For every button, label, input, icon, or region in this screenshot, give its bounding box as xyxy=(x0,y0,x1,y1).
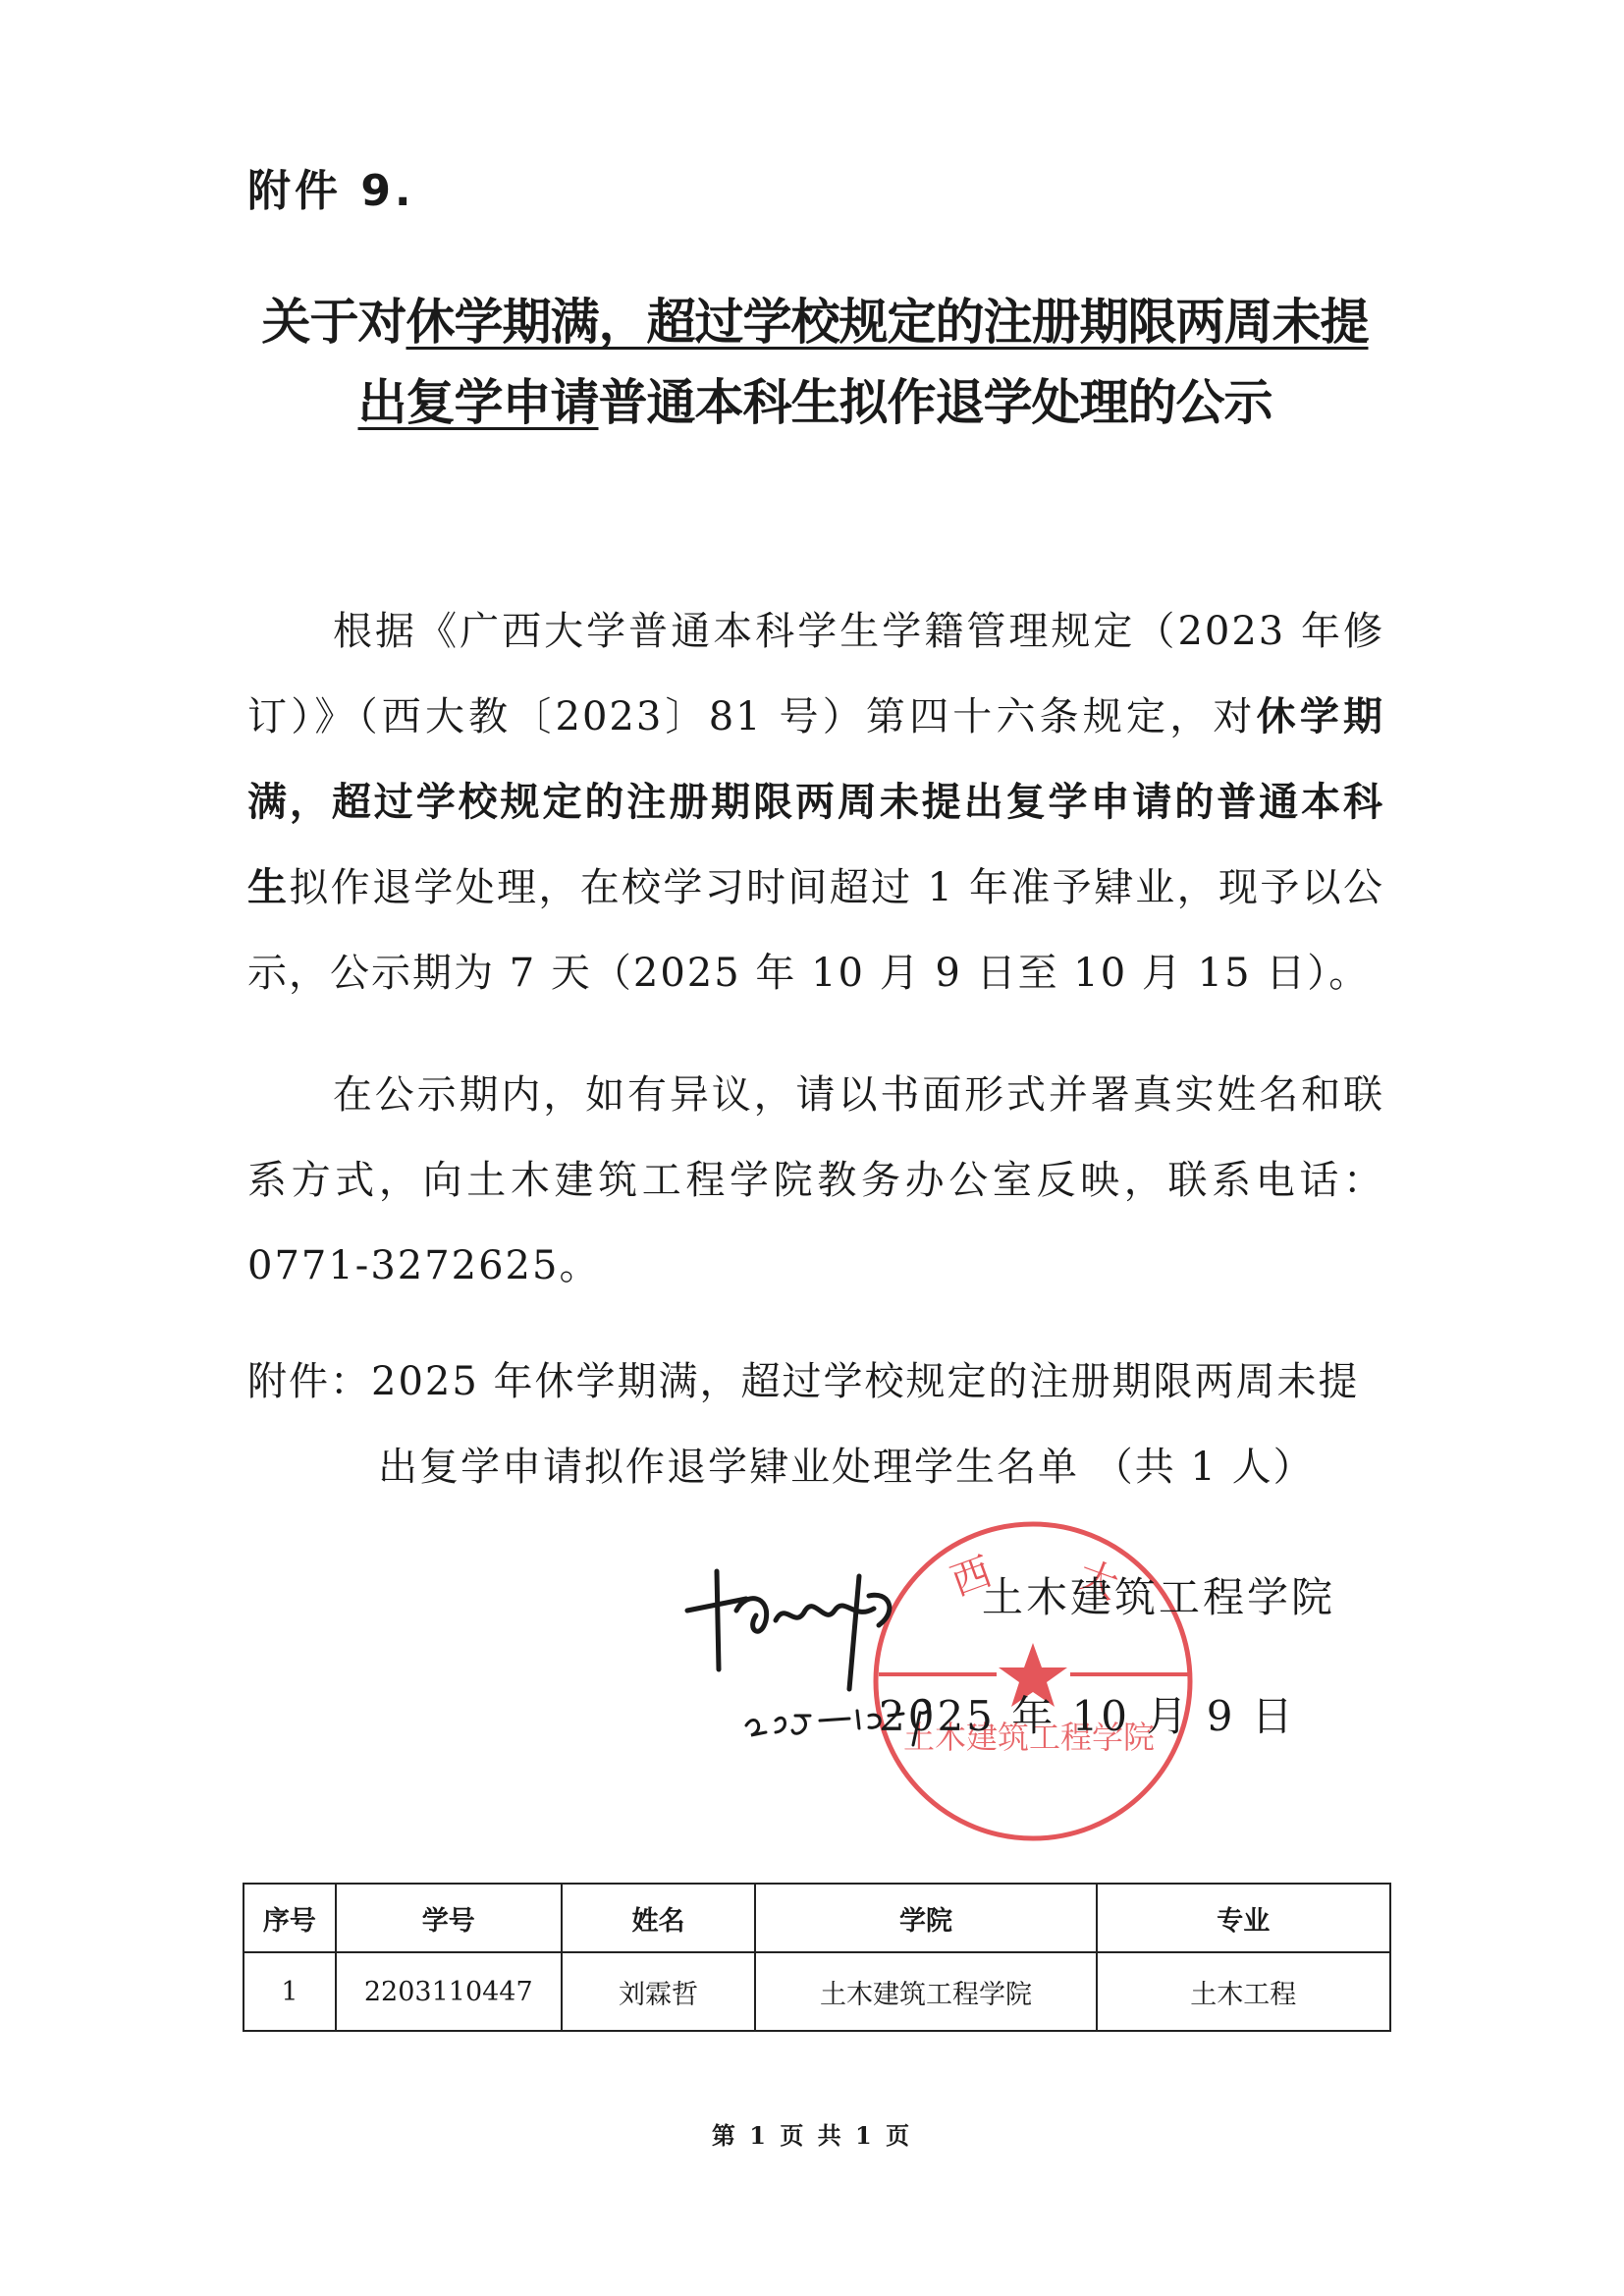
cell-student-id: 2203110447 xyxy=(336,1952,562,2031)
table-header-row: 序号 学号 姓名 学院 专业 xyxy=(244,1884,1390,1952)
title-underlined-1: 休学期满，超过学校规定的注册期限两周未提 xyxy=(406,294,1369,351)
cell-college: 土木建筑工程学院 xyxy=(755,1952,1096,2031)
paragraph-1-text-a: 根据《广西大学普通本科学生学籍管理规定（2023 年修订）》（西大教〔2023〕… xyxy=(247,609,1384,739)
paragraph-1-text-b: 拟作退学处理，在校学习时间超过 1 年准予肄业，现予以公示，公示期为 7 天（2… xyxy=(247,865,1384,996)
annex-line-1: 附件：2025 年休学期满，超过学校规定的注册期限两周未提 xyxy=(247,1350,1360,1406)
attachment-label: 附件 9. xyxy=(247,155,415,218)
table-row: 1 2203110447 刘霖哲 土木建筑工程学院 土木工程 xyxy=(244,1952,1390,2031)
header-student-id: 学号 xyxy=(336,1884,562,1952)
cell-major: 土木工程 xyxy=(1097,1952,1390,2031)
paragraph-objection: 在公示期内，如有异议，请以书面形式并署真实姓名和联系方式，向土木建筑工程学院教务… xyxy=(247,1053,1384,1309)
document-title-line-1: 关于对休学期满，超过学校规定的注册期限两周未提 xyxy=(236,283,1394,354)
paragraph-regulation: 根据《广西大学普通本科学生学籍管理规定（2023 年修订）》（西大教〔2023〕… xyxy=(247,589,1384,1016)
title-underlined-2: 出复学申请 xyxy=(358,374,599,431)
title-prefix: 关于对 xyxy=(262,294,406,351)
handwritten-date-icon xyxy=(741,1681,938,1750)
cell-name: 刘霖哲 xyxy=(562,1952,756,2031)
paragraph-2-text: 在公示期内，如有异议，请以书面形式并署真实姓名和联系方式，向土木建筑工程学院教务… xyxy=(247,1072,1384,1288)
header-college: 学院 xyxy=(755,1884,1096,1952)
student-list-table: 序号 学号 姓名 学院 专业 1 2203110447 刘霖哲 土木建筑工程学院… xyxy=(243,1883,1391,2032)
header-index: 序号 xyxy=(244,1884,336,1952)
cell-index: 1 xyxy=(244,1952,336,2031)
annex-line-2: 出复学申请拟作退学肄业处理学生名单 （共 1 人） xyxy=(378,1436,1315,1492)
title-suffix: 普通本科生拟作退学处理的公示 xyxy=(599,374,1272,431)
issuing-organization: 土木建筑工程学院 xyxy=(982,1565,1335,1624)
document-title-line-2: 出复学申请普通本科生拟作退学处理的公示 xyxy=(236,363,1394,434)
page-number: 第 1 页 共 1 页 xyxy=(0,2116,1624,2151)
header-name: 姓名 xyxy=(562,1884,756,1952)
header-major: 专业 xyxy=(1097,1884,1390,1952)
